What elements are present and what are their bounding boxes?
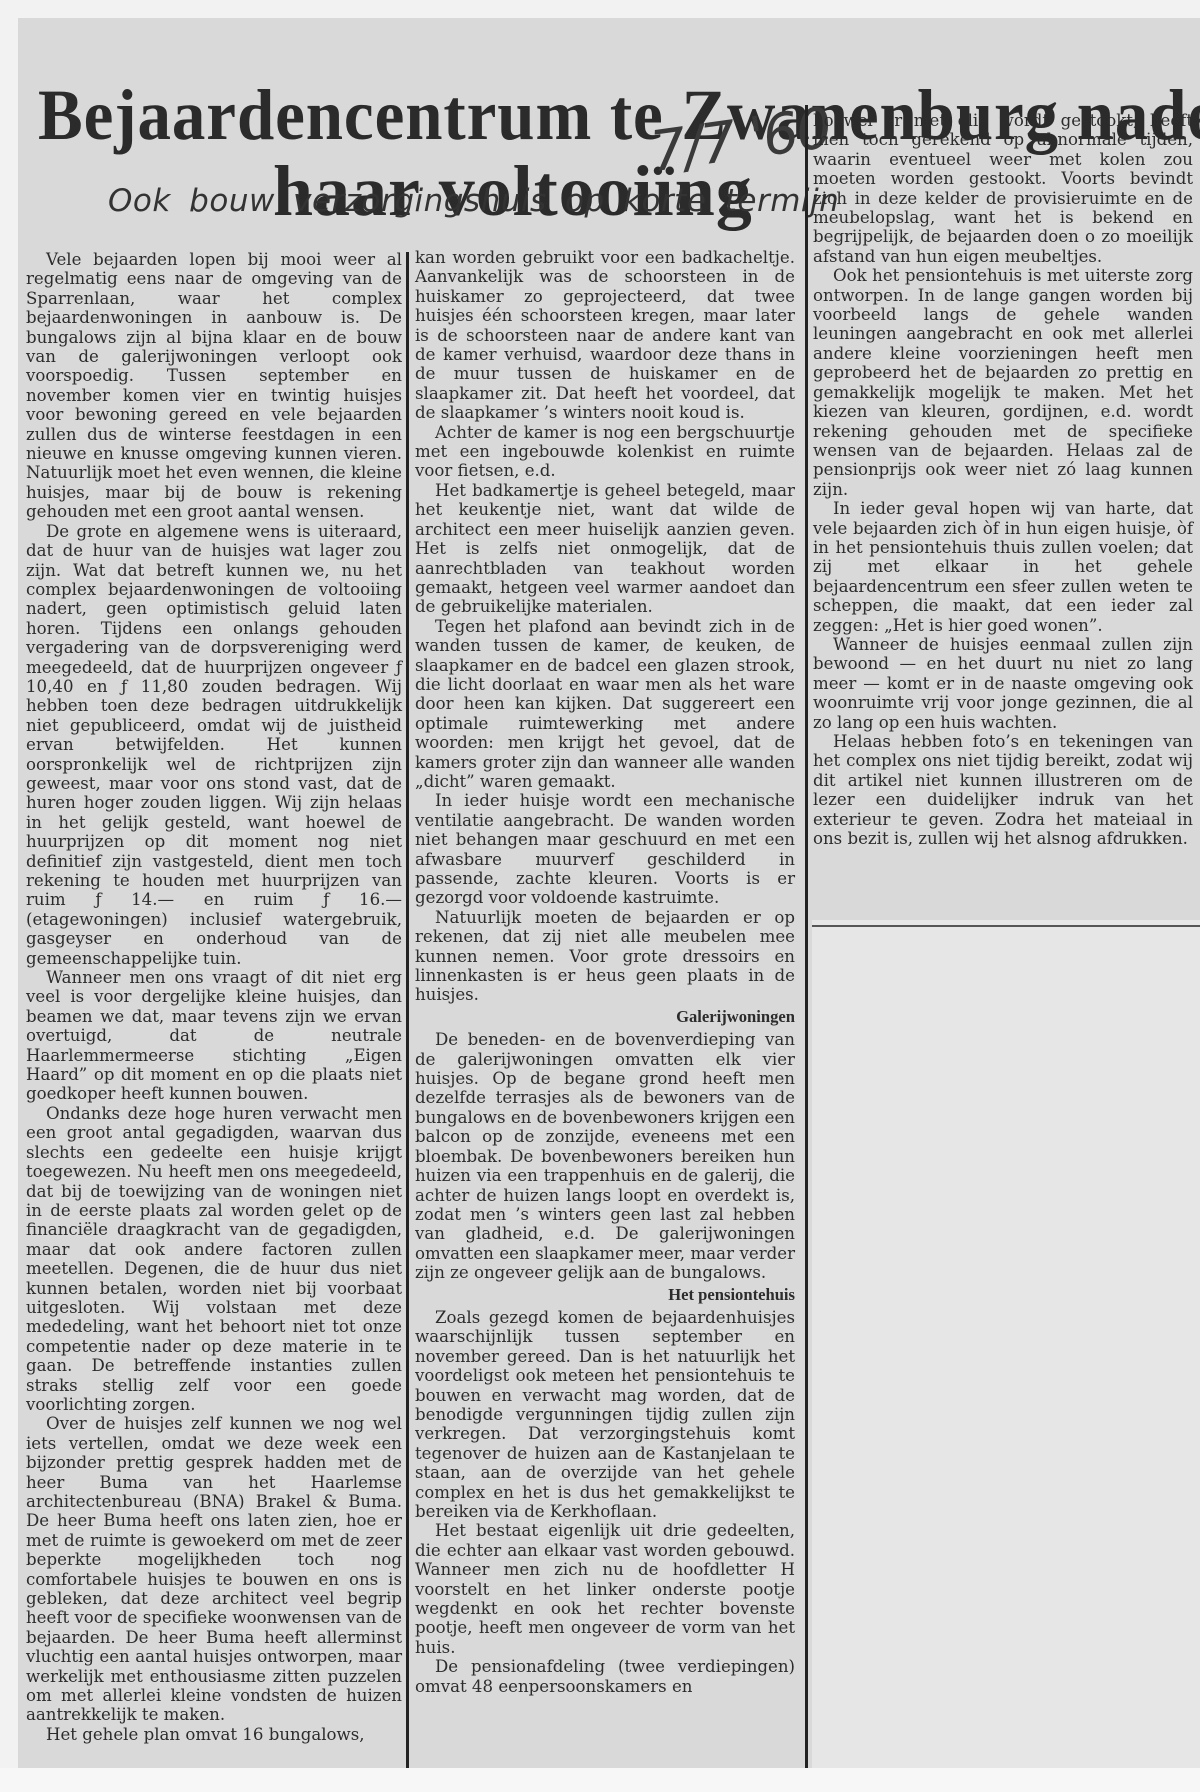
article-paragraph: Tegen het plafond aan bevindt zich in de…	[415, 617, 795, 792]
article-paragraph: In ieder huisje wordt een mechanische ve…	[415, 791, 795, 907]
article-paragraph: Vele bejaarden lopen bij mooi weer al re…	[26, 250, 402, 522]
article-paragraph: In ieder geval hopen wij van harte, dat …	[813, 499, 1193, 635]
blank-paper-area	[812, 920, 1200, 1792]
article-paragraph: kan worden gebruikt voor een badkacheltj…	[415, 248, 795, 423]
article-paragraph: Wanneer men ons vraagt of dit niet erg v…	[26, 968, 402, 1104]
article-paragraph: De grote en algemene wens is uiteraard, …	[26, 522, 402, 968]
article-paragraph: hoewel er met olie wordt gestookt, heeft…	[813, 111, 1193, 266]
article-paragraph: Wanneer de huisjes eenmaal zullen zijn b…	[813, 635, 1193, 732]
article-column-3: hoewel er met olie wordt gestookt, heeft…	[813, 111, 1193, 848]
section-heading: Het pensiontehuis	[415, 1285, 795, 1304]
article-paragraph: Helaas hebben foto’s en tekeningen van h…	[813, 732, 1193, 848]
article-paragraph: Het badkamertje is geheel betegeld, maar…	[415, 481, 795, 617]
article-paragraph: Natuurlijk moeten de bejaarden er op rek…	[415, 908, 795, 1005]
article-paragraph: Achter de kamer is nog een bergschuurtje…	[415, 423, 795, 481]
subheadline: Ook bouw verzorgingshuis op korte termij…	[108, 183, 839, 219]
article-column-1: Vele bejaarden lopen bij mooi weer al re…	[26, 250, 402, 1744]
article-column-2: kan worden gebruikt voor een badkacheltj…	[415, 248, 795, 1696]
page-bottom-edge	[0, 1768, 1200, 1792]
article-paragraph: Ondanks deze hoge huren verwacht men een…	[26, 1104, 402, 1415]
article-paragraph: Over de huisjes zelf kunnen we nog wel i…	[26, 1414, 402, 1725]
article-paragraph: Het gehele plan omvat 16 bungalows,	[26, 1725, 402, 1744]
section-heading: Galerijwoningen	[415, 1007, 795, 1026]
article-paragraph: De beneden- en de bovenverdieping van de…	[415, 1030, 795, 1282]
article-paragraph: Het bestaat eigenlijk uit drie gedeelten…	[415, 1521, 795, 1657]
article-paragraph: De pensionafdeling (twee verdiepingen) o…	[415, 1657, 795, 1696]
column-divider	[805, 105, 808, 1770]
article-end-rule	[812, 925, 1200, 927]
article-paragraph: Ook het pensiontehuis is met uiterste zo…	[813, 266, 1193, 499]
article-paragraph: Zoals gezegd komen de bejaardenhuisjes w…	[415, 1308, 795, 1521]
column-divider	[406, 252, 409, 1772]
